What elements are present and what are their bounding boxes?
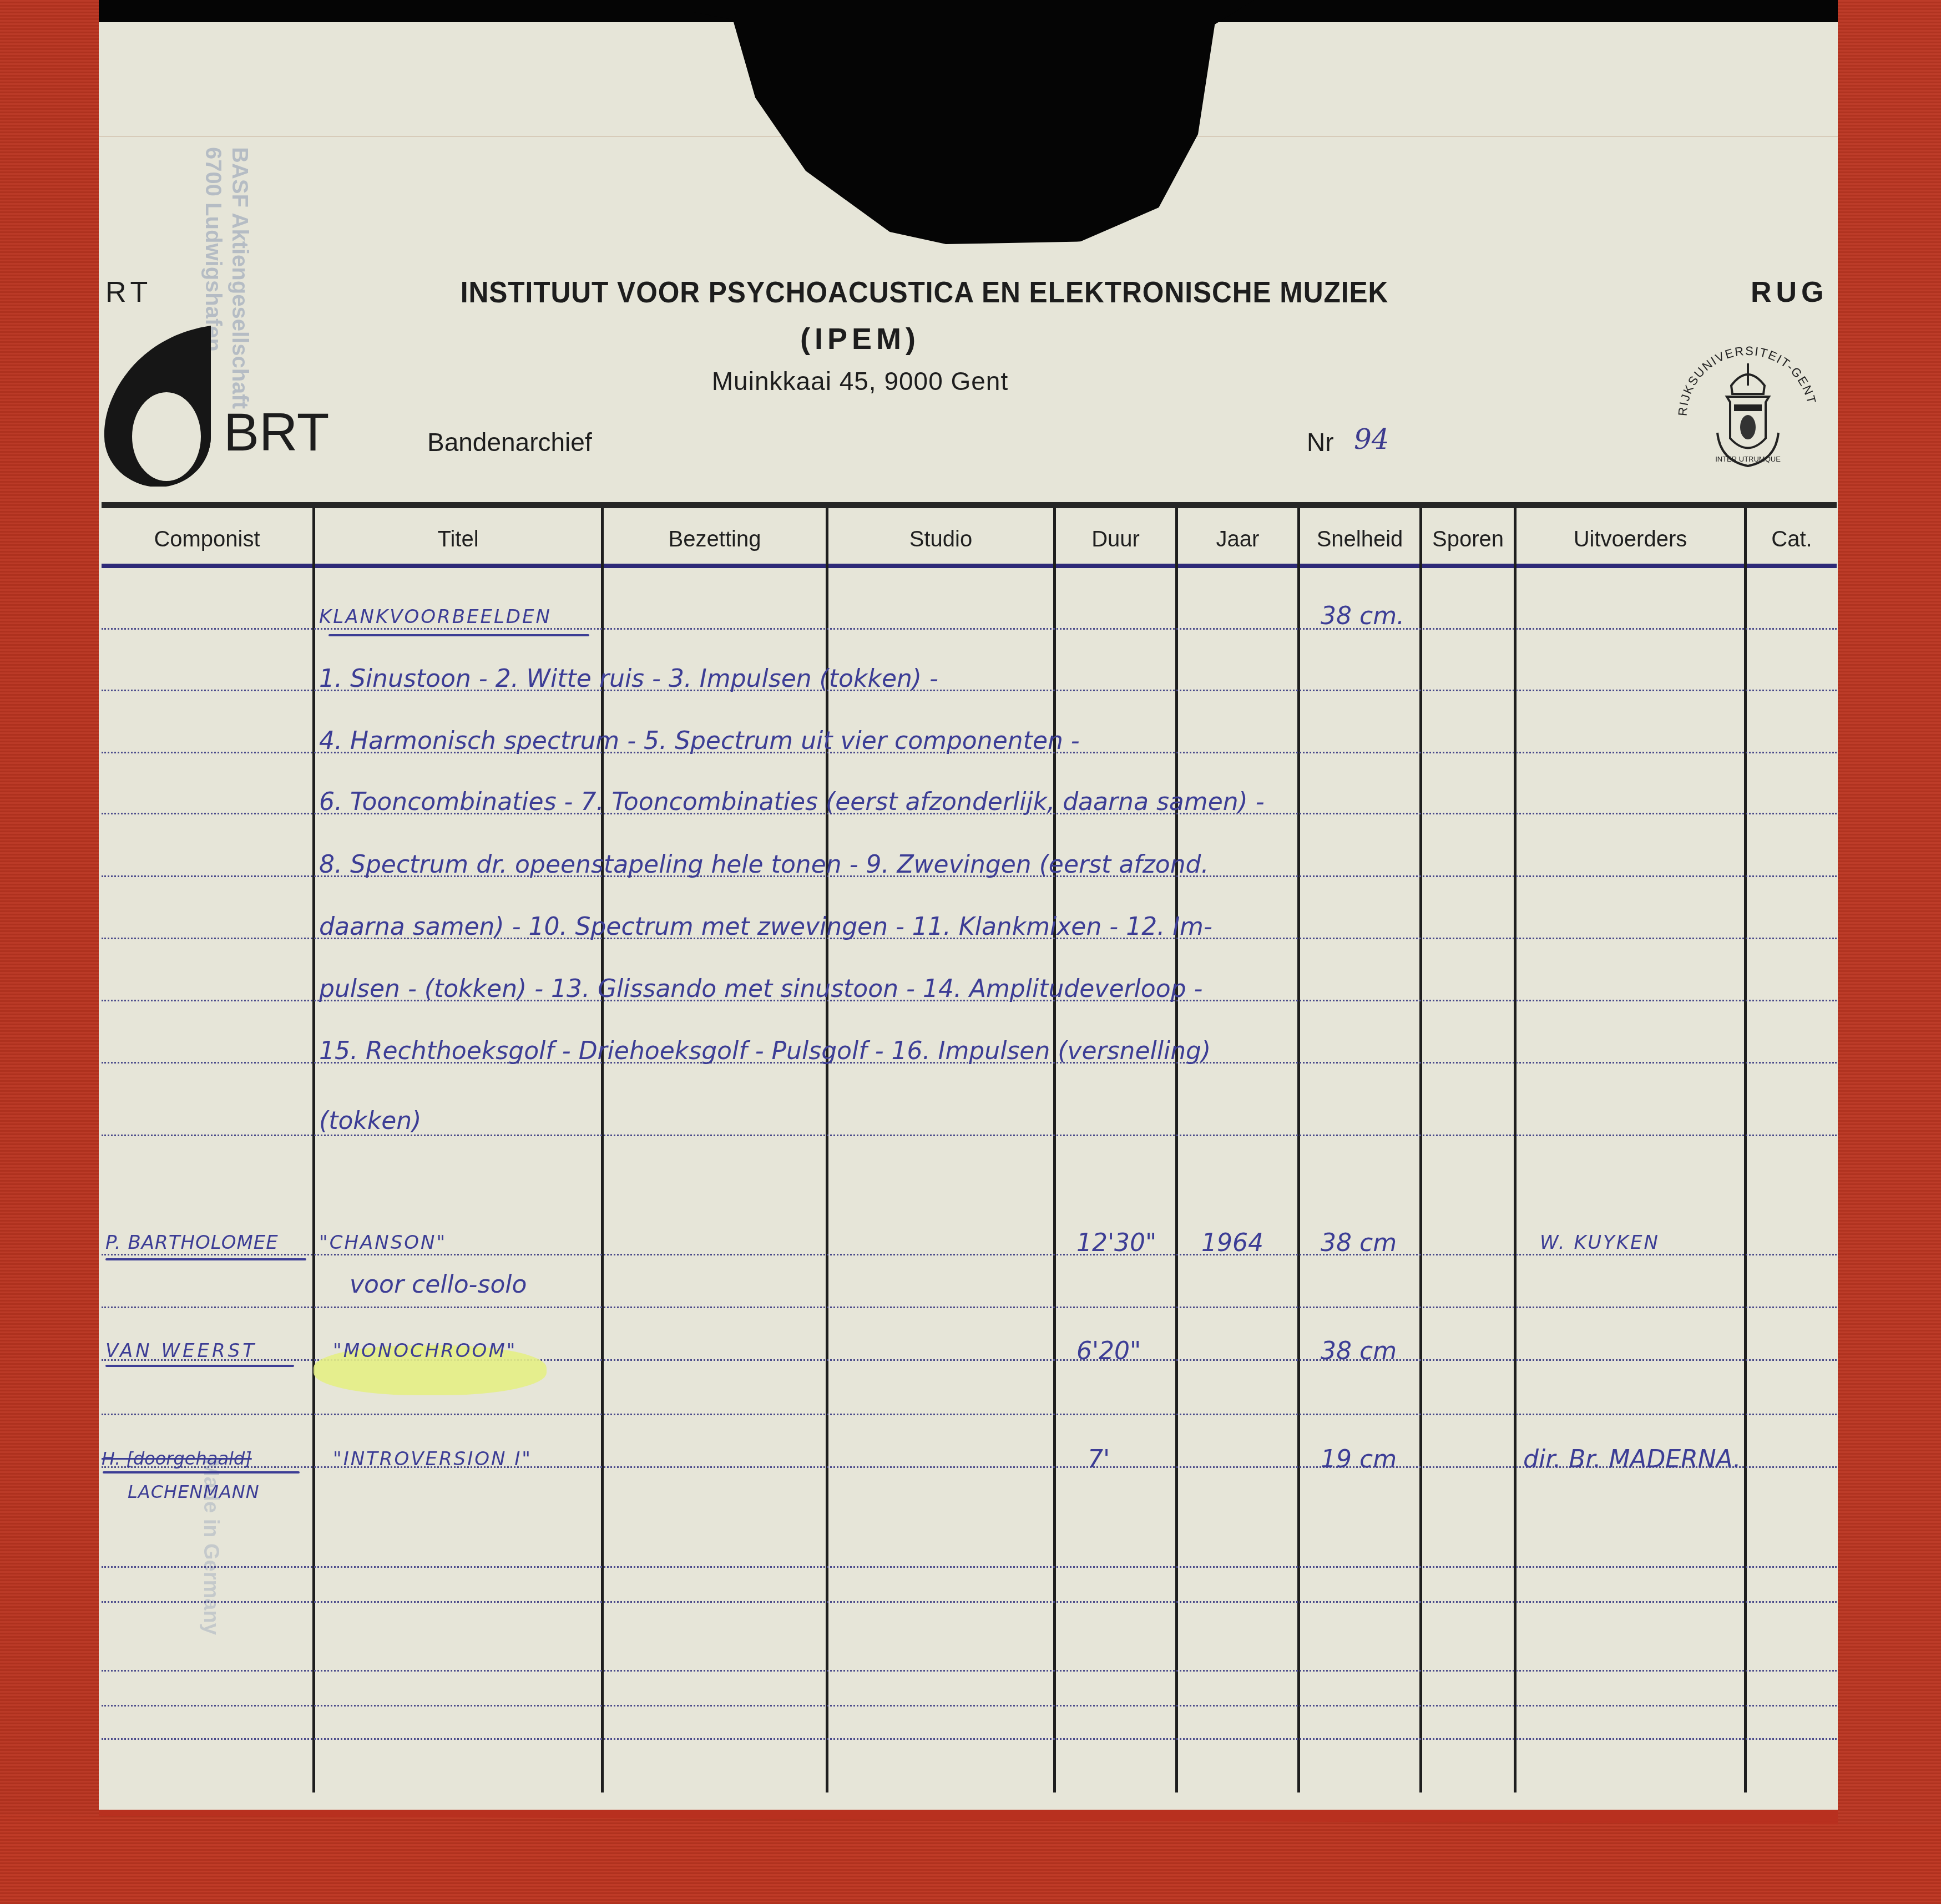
composer-underline [105, 1365, 294, 1367]
entry-composer: VAN WEERST [105, 1340, 257, 1362]
ruled-line [102, 1254, 1837, 1255]
rug-mark-right: RUG [1751, 276, 1828, 309]
brt-logo-icon [103, 326, 211, 487]
column-divider [1297, 508, 1300, 1792]
column-divider [1419, 508, 1422, 1792]
column-divider [1175, 508, 1178, 1792]
column-header-uitvoerders: Uitvoerders [1517, 527, 1744, 552]
entry-composer-correction: LACHENMANN [128, 1481, 260, 1502]
entry-speed: 38 cm [1321, 1229, 1397, 1257]
column-header-cat: Cat. [1747, 527, 1837, 552]
column-divider [1514, 508, 1517, 1792]
entry-duration: 12'30" [1076, 1229, 1156, 1257]
entry-speed: 38 cm. [1321, 602, 1404, 630]
description-line: 15. Rechthoeksgolf - Driehoeksgolf - Pul… [319, 1037, 1211, 1065]
column-divider [826, 508, 828, 1792]
column-header-duur: Duur [1056, 527, 1175, 552]
institute-abbreviation: (IPEM) [610, 322, 1110, 356]
column-header-bezetting: Bezetting [604, 527, 826, 552]
table-top-rule [102, 502, 1837, 508]
column-header-componist: Componist [102, 527, 312, 552]
entry-title: "INTROVERSION I" [333, 1448, 532, 1470]
entry-performers: dir. Br. MADERNA. [1523, 1445, 1741, 1473]
column-divider [1744, 508, 1747, 1792]
entry-title: "CHANSON" [319, 1232, 447, 1254]
table-header-rule [102, 564, 1837, 568]
description-line: 6. Tooncombinaties - 7. Tooncombinaties … [319, 788, 1265, 816]
ruled-line [102, 1670, 1837, 1672]
ruled-line [102, 1566, 1837, 1568]
entry-composer-struck: H. [doorgehaald] [102, 1448, 252, 1469]
entry-performers: W. KUYKEN [1540, 1232, 1660, 1254]
entry-duration: 6'20" [1076, 1337, 1141, 1365]
column-header-titel: Titel [315, 527, 601, 552]
column-divider [1053, 508, 1056, 1792]
institute-address: Muinkkaai 45, 9000 Gent [610, 366, 1110, 396]
archive-number: 94 [1354, 423, 1389, 455]
column-divider [601, 508, 604, 1792]
ruled-line [102, 628, 1837, 630]
university-crest-icon: RIJKSUNIVERSITEIT-GENT INTER UTRUMQUE [1665, 333, 1831, 483]
description-line: 4. Harmonisch spectrum - 5. Spectrum uit… [319, 727, 1080, 755]
ruled-line [102, 1307, 1837, 1308]
ruled-line [102, 1414, 1837, 1415]
brt-mark-left: RT [105, 276, 152, 309]
entry-title-heading: KLANKVOORBEELDEN [319, 606, 552, 628]
ruled-line [102, 1601, 1837, 1603]
entry-speed: 19 cm [1321, 1445, 1397, 1473]
stamp-line-2: 6700 Ludwigshafen [201, 147, 225, 352]
column-header-studio: Studio [828, 527, 1053, 552]
archive-label: Bandenarchief [427, 427, 592, 457]
number-label: Nr [1307, 427, 1334, 457]
entry-speed: 38 cm [1321, 1337, 1397, 1365]
description-line: 8. Spectrum dr. opeenstapeling hele tone… [319, 850, 1209, 879]
entry-composer: P. BARTHOLOMEE [105, 1232, 279, 1254]
entry-title: "MONOCHROOM" [333, 1340, 517, 1362]
entry-duration: 7' [1088, 1445, 1110, 1473]
brt-logo-text: BRT [224, 402, 329, 463]
tape-box-cover-right [1838, 0, 1941, 1904]
entry-title-sub: voor cello-solo [350, 1270, 527, 1299]
description-line: 1. Sinustoon - 2. Witte ruis - 3. Impuls… [319, 665, 938, 693]
heading-underline [328, 634, 589, 636]
column-header-sporen: Sporen [1422, 527, 1514, 552]
entry-year: 1964 [1201, 1229, 1263, 1257]
tape-box-cover-bottom-flap [0, 1807, 1941, 1904]
column-divider [312, 508, 315, 1792]
archive-sheet [99, 0, 1838, 1810]
composer-underline [103, 1471, 300, 1473]
ruled-line [102, 1705, 1837, 1706]
institute-name: INSTITUUT VOOR PSYCHOACUSTICA EN ELEKTRO… [388, 275, 1460, 310]
crest-motto: INTER UTRUMQUE [1715, 455, 1781, 463]
description-line: pulsen - (tokken) - 13. Glissando met si… [319, 975, 1202, 1003]
column-header-jaar: Jaar [1178, 527, 1297, 552]
ruled-line [102, 1738, 1837, 1740]
description-line: daarna samen) - 10. Spectrum met zweving… [319, 913, 1212, 941]
stamp-line-1: BASF Aktiengesellschaft [228, 147, 252, 409]
description-line: (tokken) [319, 1107, 421, 1135]
composer-underline [105, 1258, 306, 1260]
tape-box-cover-left [0, 0, 99, 1904]
column-header-snelheid: Snelheid [1300, 527, 1419, 552]
